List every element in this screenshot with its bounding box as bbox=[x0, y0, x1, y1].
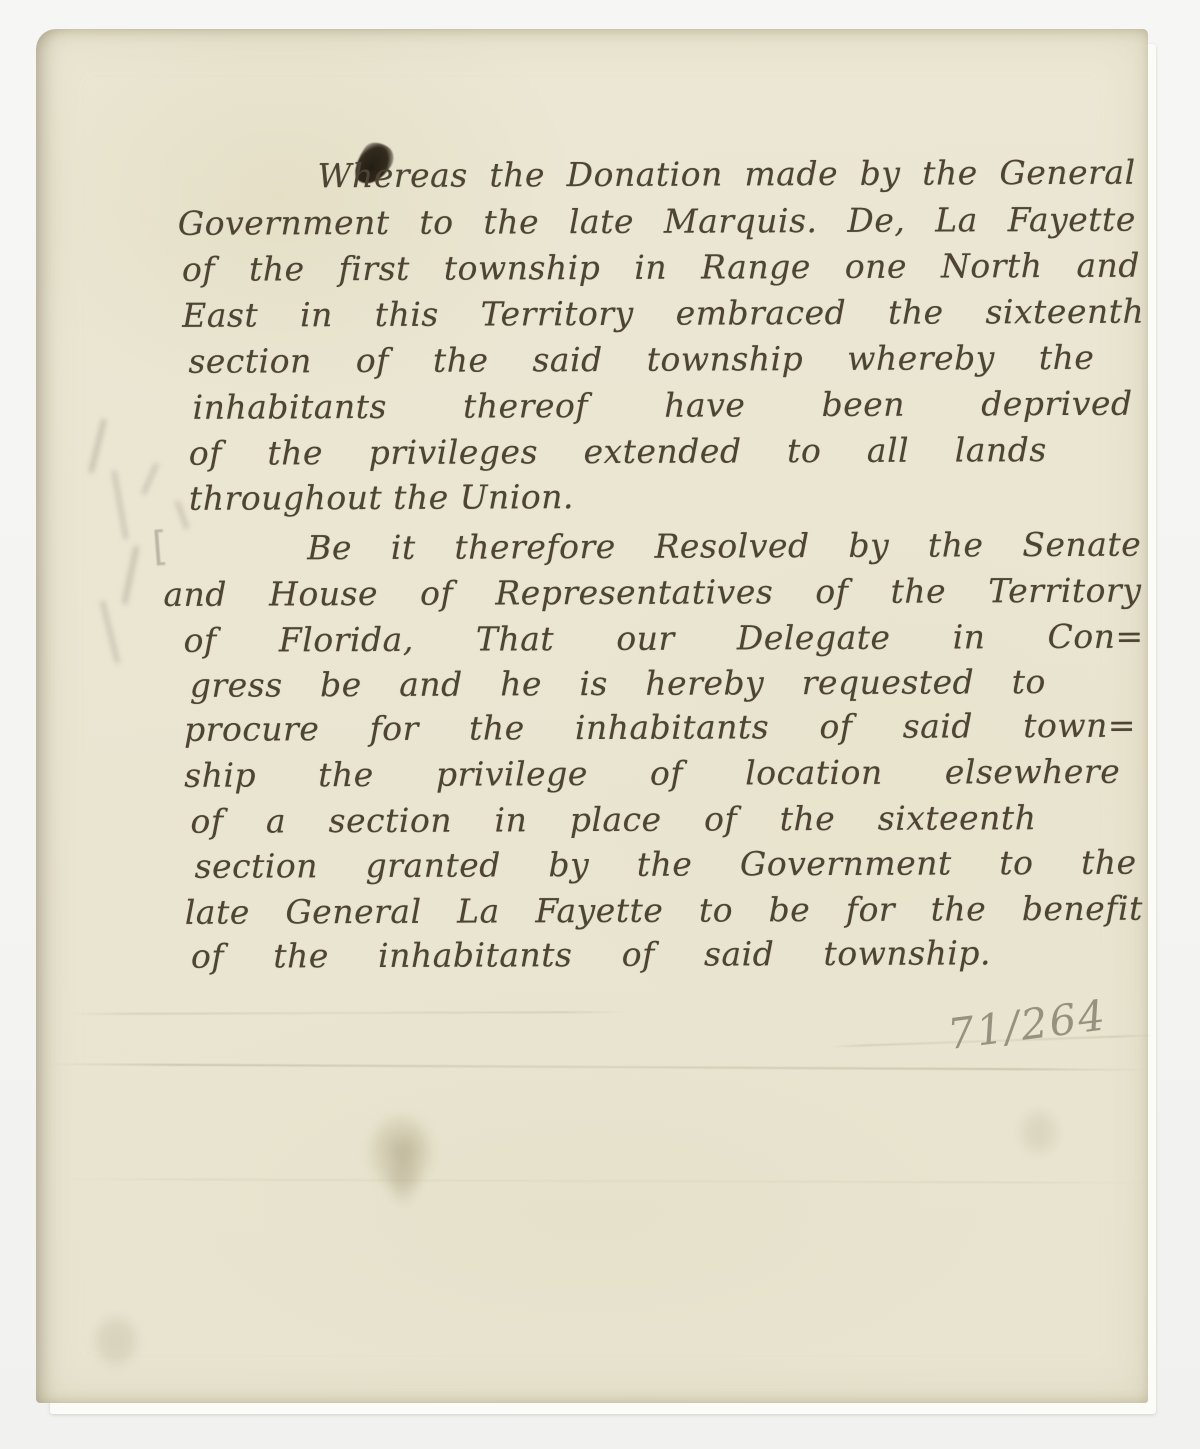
handwritten-text: Whereas the Donation made by the General… bbox=[0, 0, 1200, 1449]
manuscript-line: of the privileges extended to all lands bbox=[189, 427, 1047, 477]
manuscript-line: East in this Territory embraced the sixt… bbox=[182, 289, 1144, 339]
manuscript-line: gress be and he is hereby requested to bbox=[190, 659, 1046, 709]
manuscript-line: procure for the inhabitants of said town… bbox=[184, 703, 1136, 753]
manuscript-line: and House of Representatives of the Terr… bbox=[163, 568, 1141, 618]
manuscript-line: section of the said township whereby the bbox=[188, 335, 1094, 385]
manuscript-line: ship the privilege of location elsewhere bbox=[184, 749, 1120, 799]
manuscript-line: Be it therefore Resolved by the Senate bbox=[307, 522, 1141, 572]
scanned-document-view: Whereas the Donation made by the General… bbox=[0, 0, 1200, 1449]
manuscript-line: of the first township in Range one North… bbox=[182, 243, 1140, 293]
archival-number: 71/264 bbox=[945, 990, 1110, 1059]
manuscript-line: Government to the late Marquis. De, La F… bbox=[178, 197, 1136, 247]
manuscript-line: Whereas the Donation made by the General bbox=[318, 150, 1136, 200]
manuscript-line: section granted by the Government to the bbox=[195, 840, 1137, 890]
manuscript-line: of Florida, That our Delegate in Con= bbox=[184, 614, 1144, 664]
manuscript-line: late General La Fayette to be for the be… bbox=[185, 886, 1143, 936]
manuscript-line: throughout the Union. bbox=[189, 474, 709, 522]
manuscript-line: of the inhabitants of said township. bbox=[191, 930, 991, 979]
manuscript-line: inhabitants thereof have been deprived bbox=[193, 381, 1133, 431]
manuscript-line: of a section in place of the sixteenth bbox=[190, 795, 1036, 845]
pencil-margin-bracket: [ bbox=[151, 523, 170, 570]
